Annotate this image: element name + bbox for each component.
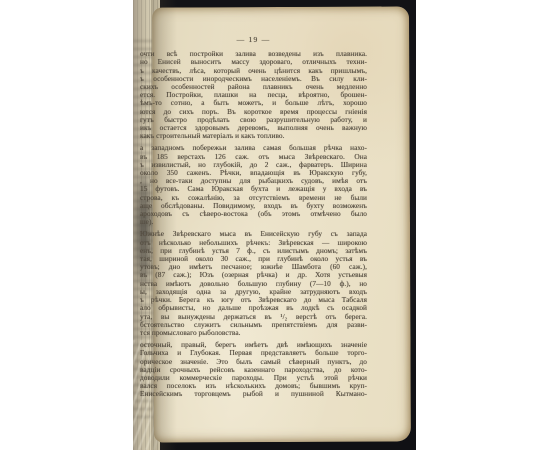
page-text: — 19 — очти всѣ постройки залива возведе…	[140, 36, 367, 403]
paragraph-east-coast: осточный, правый, берегъ имѣетъ двѣ имѣю…	[140, 341, 367, 398]
product-photo-canvas: — 19 — очти всѣ постройки залива возведе…	[0, 0, 550, 450]
paragraph-west-coast: а западномъ побережьи залива самая больш…	[140, 144, 367, 226]
page-number: — 19 —	[140, 36, 367, 44]
paragraph-small-rivers: Южнѣе Звѣревскаго мыса въ Енисейскую губ…	[140, 230, 367, 337]
book-photo: — 19 — очти всѣ постройки залива возведе…	[133, 0, 416, 450]
paragraph-plavnik: очти всѣ постройки залива возведены изъ …	[140, 50, 367, 140]
